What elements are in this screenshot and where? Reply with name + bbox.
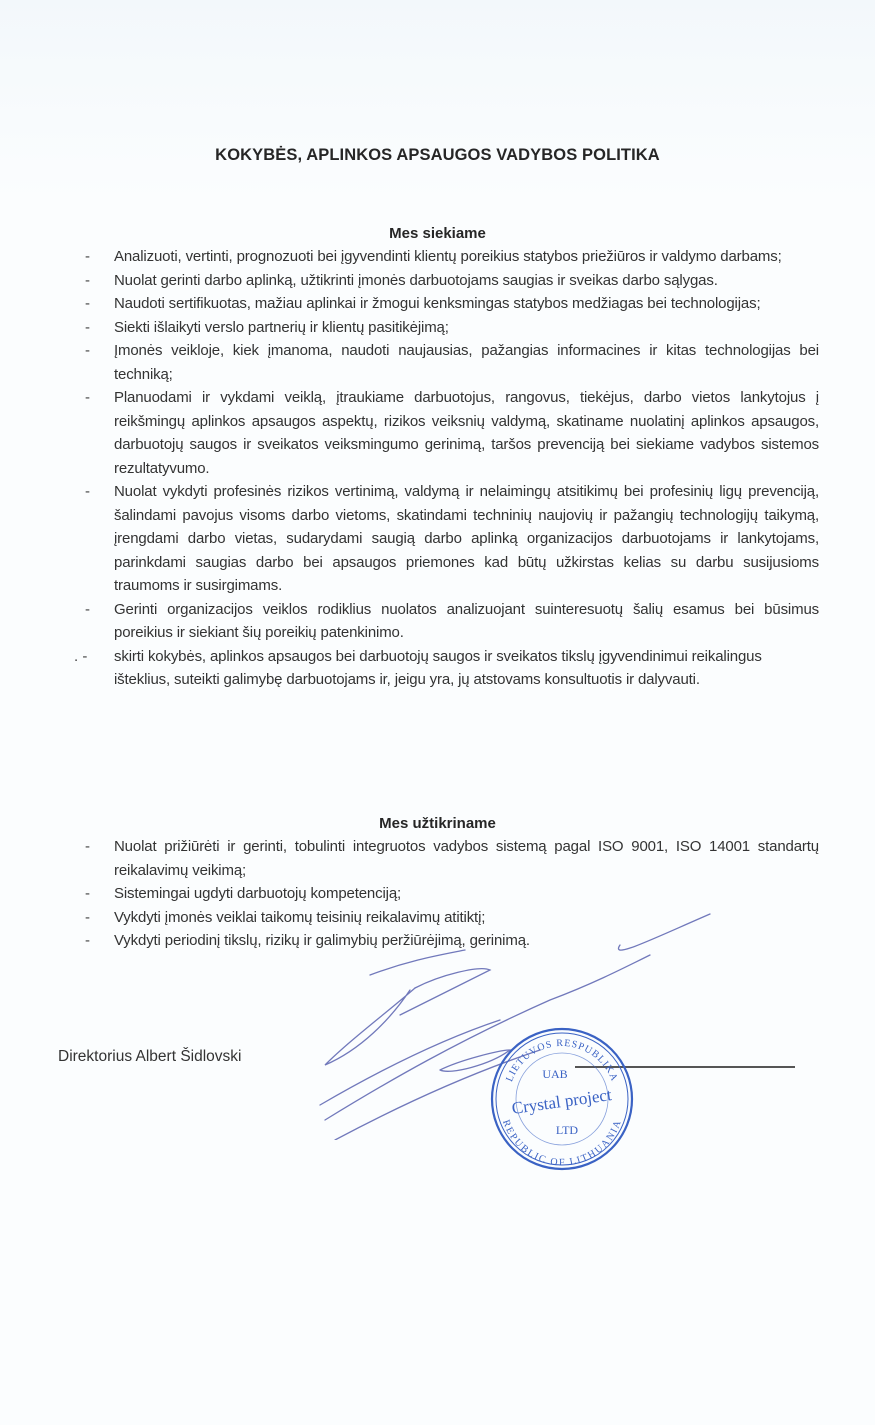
list-item: -Naudoti sertifikuotas, mažiau aplinkai … bbox=[0, 292, 875, 316]
list-item-text: Naudoti sertifikuotas, mažiau aplinkai i… bbox=[114, 292, 819, 316]
list-item-text: Nuolat vykdyti profesinės rizikos vertin… bbox=[114, 480, 819, 598]
document-title: KOKYBĖS, APLINKOS APSAUGOS VADYBOS POLIT… bbox=[0, 146, 875, 165]
signatory-label: Direktorius Albert Šidlovski bbox=[58, 1048, 241, 1066]
bullet: . - bbox=[74, 645, 87, 669]
list-item-text: Siekti išlaikyti verslo partnerių ir kli… bbox=[114, 316, 819, 340]
list-item-text: Analizuoti, vertinti, prognozuoti bei įg… bbox=[114, 245, 819, 269]
bullet: - bbox=[85, 882, 90, 906]
section-list-we-strive: -Analizuoti, vertinti, prognozuoti bei į… bbox=[0, 245, 875, 692]
bullet: - bbox=[85, 269, 90, 293]
list-item-text: Gerinti organizacijos veiklos rodiklius … bbox=[114, 598, 819, 645]
bullet: - bbox=[85, 386, 90, 410]
stamp-line-2: Crystal project bbox=[511, 1085, 613, 1118]
bullet: - bbox=[85, 835, 90, 859]
bullet: - bbox=[85, 316, 90, 340]
list-item-text: Įmonės veikloje, kiek įmanoma, naudoti n… bbox=[114, 339, 819, 386]
bullet: - bbox=[85, 929, 90, 953]
list-item-text: Nuolat prižiūrėti ir gerinti, tobulinti … bbox=[114, 835, 819, 882]
bullet: - bbox=[85, 480, 90, 504]
bullet: - bbox=[85, 906, 90, 930]
list-item: -Analizuoti, vertinti, prognozuoti bei į… bbox=[0, 245, 875, 269]
list-item-text: Nuolat gerinti darbo aplinką, užtikrinti… bbox=[114, 269, 819, 293]
list-item: -Nuolat vykdyti profesinės rizikos verti… bbox=[0, 480, 875, 598]
page-background bbox=[0, 0, 875, 200]
bullet: - bbox=[85, 245, 90, 269]
section-heading-we-ensure: Mes užtikriname bbox=[0, 815, 875, 832]
list-item: -Nuolat gerinti darbo aplinką, užtikrint… bbox=[0, 269, 875, 293]
stamp-line-3: LTD bbox=[556, 1123, 579, 1137]
list-item: -Gerinti organizacijos veiklos rodiklius… bbox=[0, 598, 875, 645]
list-item: . -skirti kokybės, aplinkos apsaugos bei… bbox=[0, 645, 875, 692]
list-item-text: skirti kokybės, aplinkos apsaugos bei da… bbox=[114, 645, 819, 692]
bullet: - bbox=[85, 339, 90, 363]
list-item-text: Planuodami ir vykdami veiklą, įtraukiame… bbox=[114, 386, 819, 480]
stamp-line-1: UAB bbox=[542, 1067, 567, 1081]
bullet: - bbox=[85, 292, 90, 316]
company-stamp-icon: LIETUVOS RESPUBLIKA REPUBLIC OF LITHUANI… bbox=[487, 1024, 637, 1174]
list-item: -Nuolat prižiūrėti ir gerinti, tobulinti… bbox=[0, 835, 875, 882]
bullet: - bbox=[85, 598, 90, 622]
section-heading-we-strive: Mes siekiame bbox=[0, 225, 875, 242]
list-item: -Planuodami ir vykdami veiklą, įtraukiam… bbox=[0, 386, 875, 480]
list-item: -Įmonės veikloje, kiek įmanoma, naudoti … bbox=[0, 339, 875, 386]
list-item: -Siekti išlaikyti verslo partnerių ir kl… bbox=[0, 316, 875, 340]
